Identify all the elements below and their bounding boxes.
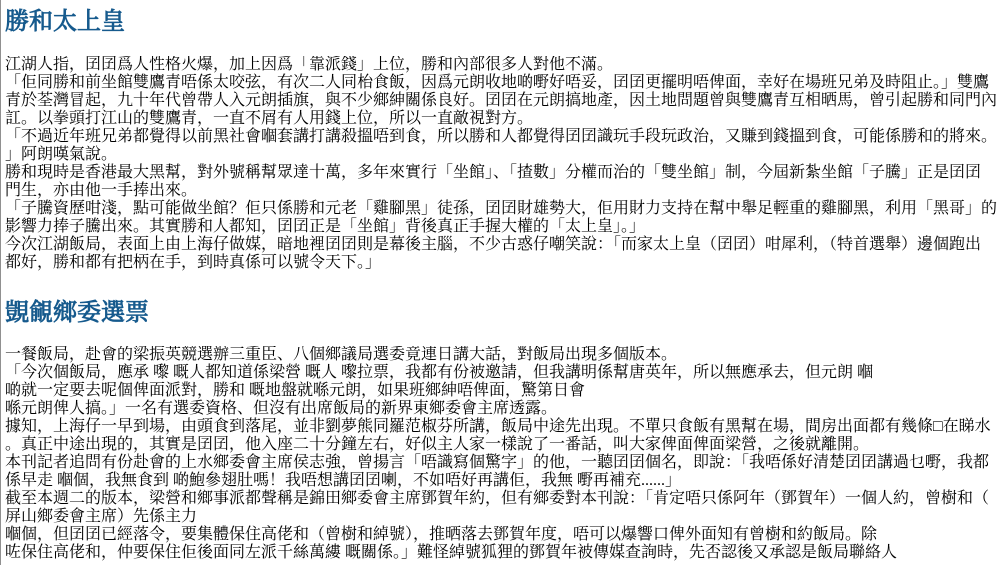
section-body-village-committee-votes: 一餐飯局，赴會的梁振英競選辦三重臣、八個鄉議局選委竟連日講大話，對飯局出現多個版…: [5, 346, 1002, 562]
section-heading-village-committee-votes: 覬覦鄉委選票: [5, 297, 1002, 329]
section-heading-tai-sheung-wong: 勝和太上皇: [5, 6, 1002, 38]
article-page: 勝和太上皇 江湖人指，囝囝爲人性格火爆，加上因爲「靠派錢」上位，勝和內部很多人對…: [0, 0, 1002, 565]
article-section-village-votes: 覬覦鄉委選票 一餐飯局，赴會的梁振英競選辦三重臣、八個鄉議局選委竟連日講大話，對…: [5, 297, 1002, 562]
section-body-tai-sheung-wong: 江湖人指，囝囝爲人性格火爆，加上因爲「靠派錢」上位，勝和內部很多人對他不滿。 「…: [5, 56, 1002, 272]
article-section-shing-wo: 勝和太上皇 江湖人指，囝囝爲人性格火爆，加上因爲「靠派錢」上位，勝和內部很多人對…: [5, 6, 1002, 272]
